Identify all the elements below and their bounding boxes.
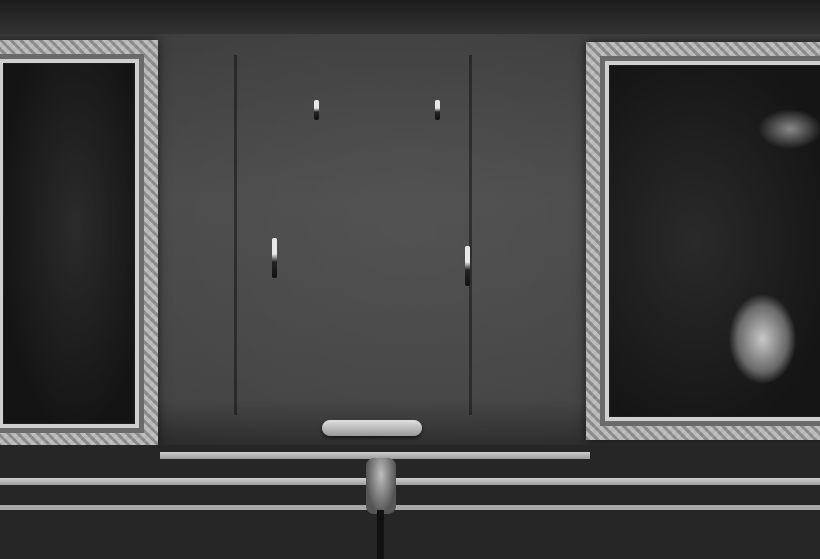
hook-lower-right <box>465 246 470 286</box>
lower-wall <box>0 445 820 559</box>
hook-lower-left <box>272 238 277 278</box>
support-post <box>377 510 384 559</box>
wall-seam-right <box>469 55 472 415</box>
wall-seam-left <box>234 55 237 415</box>
right-painting <box>610 66 820 416</box>
hook-upper-right <box>435 100 440 120</box>
photograph <box>0 0 820 559</box>
label-plate <box>322 420 422 436</box>
left-painting <box>4 64 134 423</box>
left-painting-frame <box>0 40 158 447</box>
molding-rail-lower <box>0 505 820 510</box>
hook-upper-left <box>314 100 319 120</box>
rail-bracket <box>366 458 396 514</box>
wall-top-shadow <box>0 0 820 34</box>
molding-rail-middle <box>0 478 820 485</box>
right-painting-frame <box>586 42 820 440</box>
